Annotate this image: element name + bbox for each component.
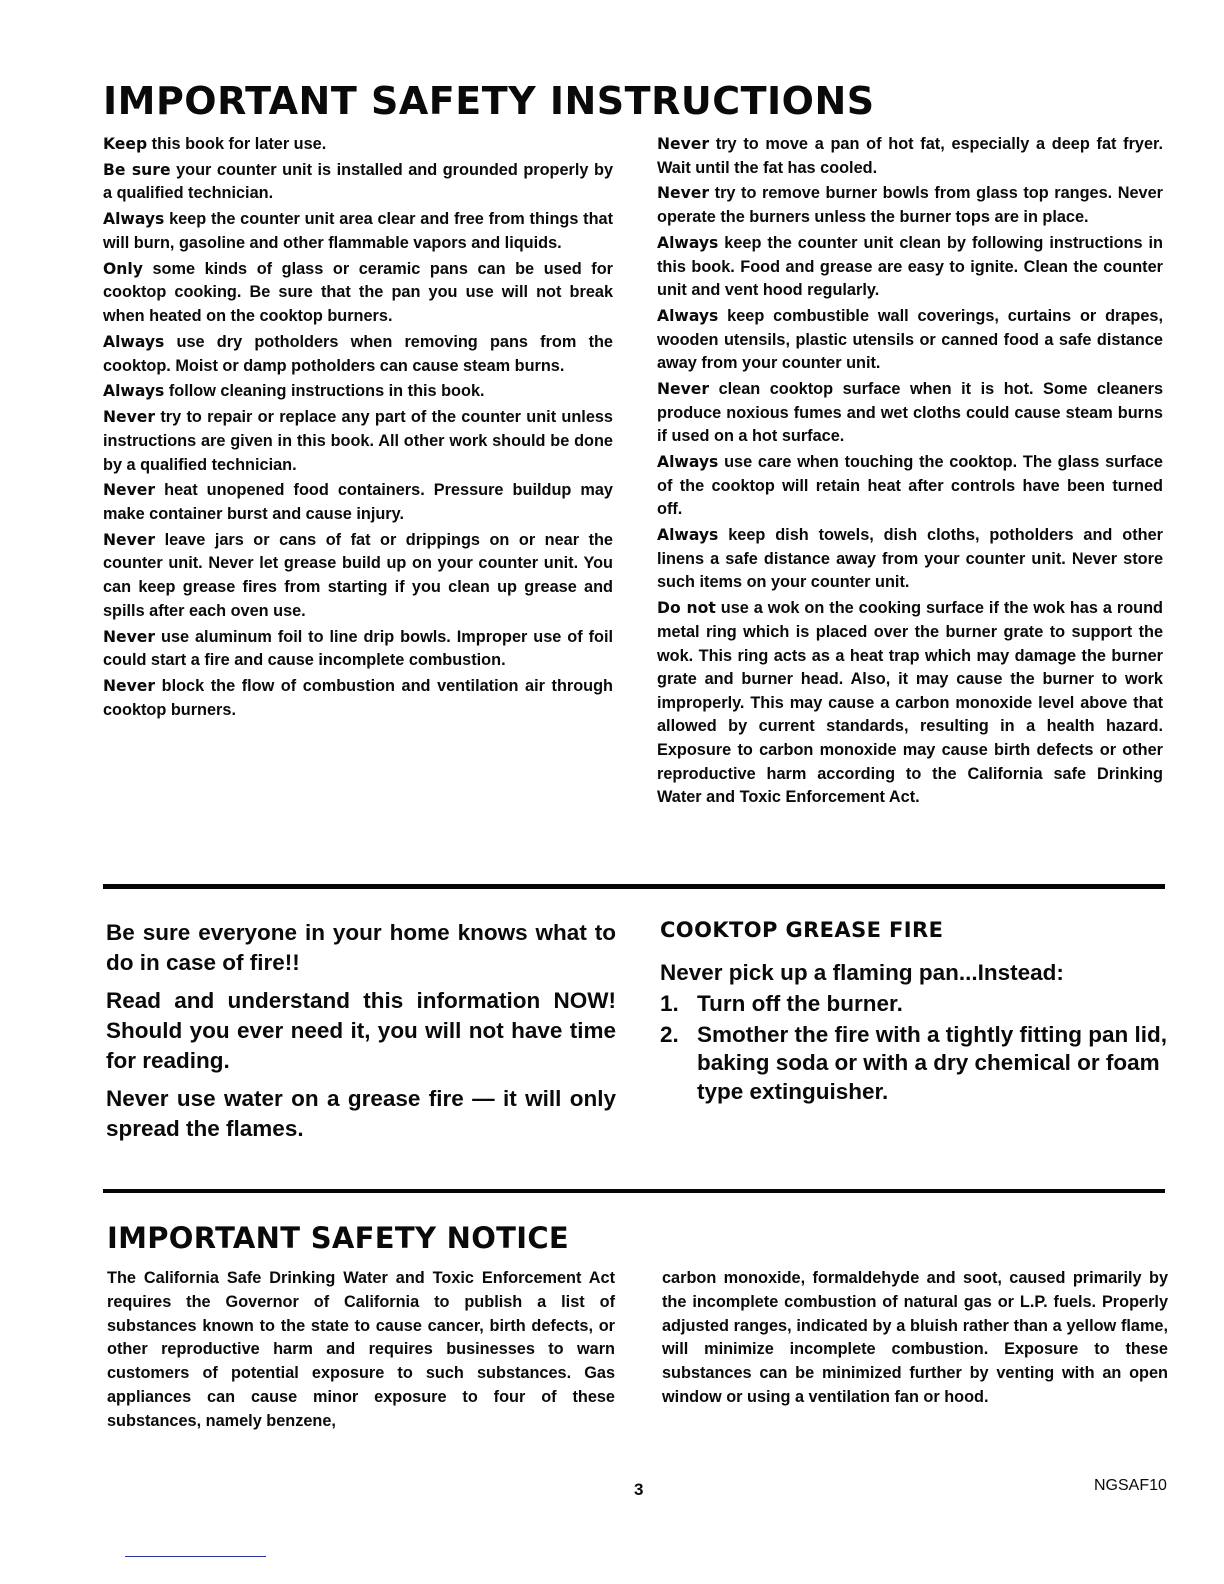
instruction-text: keep the counter unit area clear and fre… (103, 210, 613, 252)
instruction-lead: Keep (103, 135, 147, 153)
instruction-text: heat unopened food containers. Pressure … (103, 481, 613, 523)
instruction-text: keep dish towels, dish cloths, potholder… (657, 526, 1163, 591)
instruction-item: Always keep dish towels, dish cloths, po… (657, 524, 1163, 595)
instructions-left-column: Keep this book for later use. Be sure yo… (103, 133, 613, 725)
instruction-item: Be sure your counter unit is installed a… (103, 159, 613, 206)
fire-awareness-paragraph: Be sure everyone in your home knows what… (106, 918, 616, 978)
instruction-lead: Never (103, 531, 155, 549)
instruction-text: clean cooktop surface when it is hot. So… (657, 380, 1163, 445)
instruction-text: your counter unit is installed and groun… (103, 161, 613, 203)
notice-title: IMPORTANT SAFETY NOTICE (107, 1220, 569, 1256)
instruction-lead: Only (103, 260, 143, 278)
grease-fire-steps: 1. Turn off the burner. 2. Smother the f… (660, 990, 1170, 1106)
step-text: Smother the fire with a tightly fitting … (697, 1021, 1170, 1107)
instruction-item: Never block the flow of combustion and v… (103, 675, 613, 722)
instruction-lead: Always (657, 234, 718, 252)
page-title: IMPORTANT SAFETY INSTRUCTIONS (103, 78, 875, 124)
instruction-text: block the flow of combustion and ventila… (103, 677, 613, 719)
instruction-item: Do not use a wok on the cooking surface … (657, 597, 1163, 809)
instruction-item: Always keep the counter unit clean by fo… (657, 232, 1163, 303)
instruction-lead: Never (103, 481, 155, 499)
instruction-lead: Always (103, 333, 164, 351)
fire-awareness-section: Be sure everyone in your home knows what… (106, 918, 616, 1152)
instruction-item: Never try to repair or replace any part … (103, 406, 613, 477)
instruction-text: some kinds of glass or ceramic pans can … (103, 260, 613, 325)
instructions-right-column: Never try to move a pan of hot fat, espe… (657, 133, 1163, 812)
instruction-item: Always follow cleaning instructions in t… (103, 380, 613, 404)
step-number: 1. (660, 990, 697, 1019)
notice-text-left: The California Safe Drinking Water and T… (107, 1267, 615, 1434)
grease-fire-section: COOKTOP GREASE FIRE Never pick up a flam… (660, 914, 1170, 1106)
grease-fire-step: 2. Smother the fire with a tightly fitti… (660, 1021, 1170, 1107)
instruction-item: Always use dry potholders when removing … (103, 331, 613, 378)
instruction-lead: Be sure (103, 161, 171, 179)
notice-text-right: carbon monoxide, formaldehyde and soot, … (662, 1267, 1168, 1410)
instruction-item: Never try to remove burner bowls from gl… (657, 182, 1163, 229)
instruction-lead: Never (103, 628, 155, 646)
instruction-text: try to remove burner bowls from glass to… (657, 184, 1163, 226)
instruction-lead: Always (103, 382, 164, 400)
instruction-item: Never leave jars or cans of fat or dripp… (103, 529, 613, 623)
instruction-item: Never heat unopened food containers. Pre… (103, 479, 613, 526)
instruction-lead: Always (657, 526, 718, 544)
instruction-lead: Always (103, 210, 164, 228)
fire-awareness-paragraph: Read and understand this information NOW… (106, 986, 616, 1076)
instruction-lead: Always (657, 307, 718, 325)
instruction-lead: Never (103, 408, 155, 426)
fire-awareness-paragraph: Never use water on a grease fire — it wi… (106, 1084, 616, 1144)
instruction-item: Only some kinds of glass or ceramic pans… (103, 258, 613, 329)
instruction-item: Never use aluminum foil to line drip bow… (103, 626, 613, 673)
instruction-text: try to repair or replace any part of the… (103, 408, 613, 473)
grease-fire-step: 1. Turn off the burner. (660, 990, 1170, 1019)
instruction-text: keep combustible wall coverings, curtain… (657, 307, 1163, 372)
instruction-lead: Never (657, 135, 709, 153)
instruction-item: Always keep combustible wall coverings, … (657, 305, 1163, 376)
instruction-item: Always use care when touching the cookto… (657, 451, 1163, 522)
instruction-lead: Never (657, 184, 709, 202)
grease-fire-lead: Never pick up a flaming pan...Instead: (660, 958, 1170, 988)
step-number: 2. (660, 1021, 697, 1107)
grease-fire-heading: COOKTOP GREASE FIRE (660, 914, 1170, 946)
instruction-item: Keep this book for later use. (103, 133, 613, 157)
page-number: 3 (634, 1480, 643, 1500)
instruction-text: leave jars or cans of fat or drippings o… (103, 531, 613, 620)
instruction-text: use care when touching the cooktop. The … (657, 453, 1163, 518)
instruction-text: follow cleaning instructions in this boo… (164, 382, 484, 400)
instruction-lead: Do not (657, 599, 716, 617)
step-text: Turn off the burner. (697, 990, 1170, 1019)
instruction-text: this book for later use. (147, 135, 326, 153)
instruction-item: Never try to move a pan of hot fat, espe… (657, 133, 1163, 180)
instruction-text: use dry potholders when removing pans fr… (103, 333, 613, 375)
instruction-text: try to move a pan of hot fat, especially… (657, 135, 1163, 177)
instruction-text: use aluminum foil to line drip bowls. Im… (103, 628, 613, 670)
instruction-lead: Never (657, 380, 709, 398)
section-divider (103, 884, 1165, 889)
section-divider (103, 1189, 1165, 1193)
instruction-item: Never clean cooktop surface when it is h… (657, 378, 1163, 449)
instruction-text: keep the counter unit clean by following… (657, 234, 1163, 299)
instruction-lead: Never (103, 677, 155, 695)
instruction-item: Always keep the counter unit area clear … (103, 208, 613, 255)
instruction-lead: Always (657, 453, 718, 471)
instruction-text: use a wok on the cooking surface if the … (657, 599, 1163, 806)
document-code: NGSAF10 (1094, 1477, 1167, 1495)
footnote-rule (125, 1556, 266, 1557)
